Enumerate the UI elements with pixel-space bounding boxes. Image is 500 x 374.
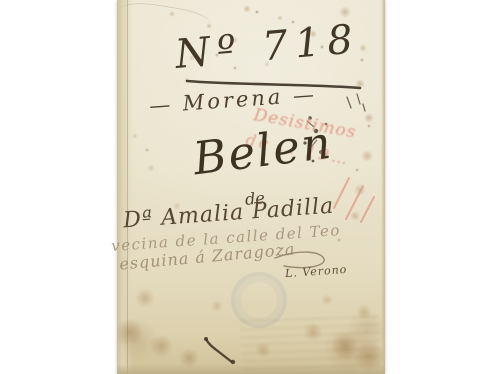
red-slash-strokes <box>334 178 374 222</box>
left-fold-crease-line <box>127 0 128 374</box>
photographed-manuscript: Nº 718 — Morena — Desistimos de … 19… Be… <box>0 0 500 374</box>
address-flourish-stroke <box>275 252 324 268</box>
faint-round-stamp-impression <box>231 272 287 328</box>
paper-bottom-edge <box>117 364 385 374</box>
address-line-1: vecina de la calle del Teo <box>111 221 342 255</box>
clerk-signature: L. Verono <box>285 263 348 280</box>
name-line: — Morena — <box>148 82 317 118</box>
main-title: Belen <box>190 116 335 186</box>
ink-smudge-strokes <box>307 121 317 147</box>
red-annotation-line1: Desistimos <box>252 105 358 143</box>
squiggle-start-blot <box>204 337 208 341</box>
paper-right-edge <box>381 0 385 374</box>
ink-speck-overlay <box>117 0 385 374</box>
ink-blot-cluster <box>303 116 327 162</box>
number-underline-stroke <box>187 81 360 88</box>
left-binding-fold <box>117 0 133 374</box>
margin-tick-marks <box>347 94 365 111</box>
address-line-2: esquina á Zaragoza <box>119 239 297 273</box>
connector-word: de <box>244 188 265 209</box>
person-name: Dª Amalia Padilla <box>122 194 335 234</box>
foxing-stains-overlay <box>117 0 385 374</box>
red-annotation-line2: de … 19… <box>244 130 352 169</box>
ink-squiggle-mark <box>206 339 232 362</box>
paper-sheet: Nº 718 — Morena — Desistimos de … 19… Be… <box>117 0 385 374</box>
ink-strokes-overlay <box>117 0 385 374</box>
